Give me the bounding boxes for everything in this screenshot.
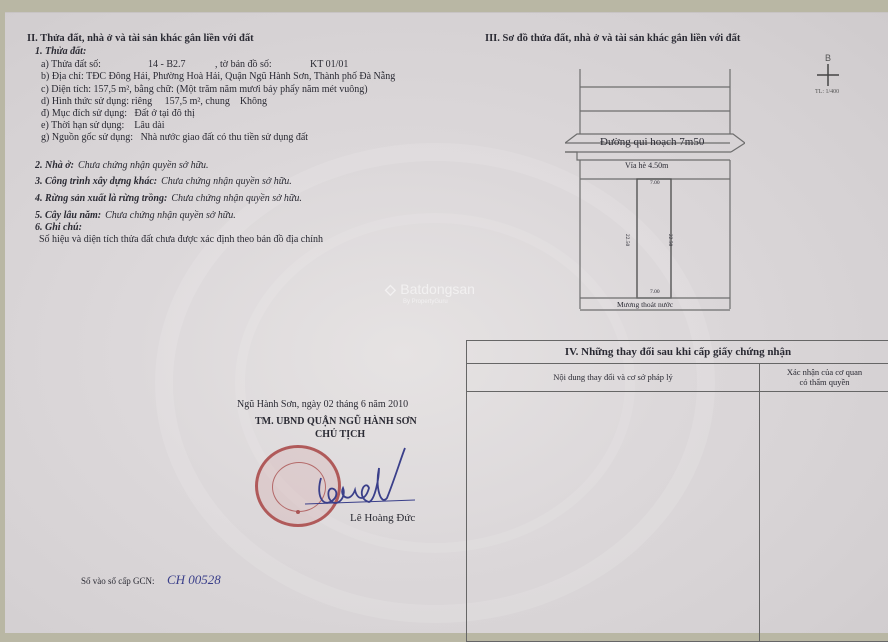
place-date: Ngũ Hành Sơn, ngày 02 tháng 6 năm 2010 (237, 399, 408, 410)
registry-number: CH 00528 (167, 572, 221, 588)
item4-label: 4. Rừng sản xuất là rừng trồng: (35, 193, 167, 204)
item5: 5. Cây lâu năm: Chưa chứng nhận quyền sở… (35, 205, 236, 223)
usage-form: d) Hình thức sử dụng: riêng 157,5 m², ch… (41, 96, 267, 107)
lot-value: 14 - B2.7 (148, 59, 186, 70)
authority: TM. UBND QUẬN NGŨ HÀNH SƠN (255, 416, 417, 427)
item3-value: Chưa chứng nhận quyền sở hữu. (161, 176, 292, 187)
item5-label: 5. Cây lâu năm: (35, 210, 101, 221)
watermark-brand: Batdongsan (400, 281, 475, 297)
sidewalk-label: Vỉa hè 4.50m (625, 161, 668, 170)
north-arrow-icon (815, 63, 841, 87)
registry-label: Số vào sổ cấp GCN: (81, 576, 155, 586)
item6-value: Số hiệu và diện tích thửa đất chưa được … (39, 234, 323, 245)
col-change-content: Nội dung thay đổi và cơ sở pháp lý (467, 363, 759, 391)
column-divider (759, 363, 760, 629)
watermark-sub: By PropertyGuru (403, 299, 475, 305)
north-label: B (813, 53, 843, 63)
scale-label: TL: 1/400 (815, 89, 839, 95)
section4-title: IV. Những thay đổi sau khi cấp giấy chứn… (467, 341, 888, 364)
item2-label: 2. Nhà ở: (35, 160, 74, 171)
changes-table-header: Nội dung thay đổi và cơ sở pháp lý Xác n… (467, 363, 888, 392)
watermark-logo-icon: ◇ (385, 281, 396, 297)
item5-value: Chưa chứng nhận quyền sở hữu. (105, 210, 236, 221)
section3-title: III. Sơ đồ thửa đất, nhà ở và tài sản kh… (485, 33, 740, 44)
map-value: KT 01/01 (310, 59, 348, 70)
term: e) Thời hạn sử dụng: Lâu dài (41, 120, 165, 131)
item2-value: Chưa chứng nhận quyền sở hữu. (78, 160, 209, 171)
item3: 3. Công trình xây dựng khác: Chưa chứng … (35, 171, 292, 189)
signature-scribble (295, 438, 425, 518)
changes-table: IV. Những thay đổi sau khi cấp giấy chứn… (466, 340, 888, 629)
certificate-page: II. Thửa đất, nhà ở và tài sản khác gắn … (5, 12, 888, 629)
purpose: đ) Mục đích sử dụng: Đất ở tại đô thị (41, 108, 195, 119)
col2-line1: Xác nhận của cơ quan (760, 367, 888, 377)
top-dimension: 7.00 (650, 180, 660, 186)
section2-title: II. Thửa đất, nhà ở và tài sản khác gắn … (27, 33, 254, 44)
lot-label: a) Thửa đất số: (41, 59, 101, 70)
col-authority-confirmation: Xác nhận của cơ quan có thẩm quyền (760, 367, 888, 387)
area: c) Diện tích: 157,5 m², bằng chữ: (Một t… (41, 84, 368, 95)
land-plot-diagram (565, 69, 745, 319)
right-dimension: 22.50 (667, 234, 673, 246)
road-label: Đường qui hoạch 7m50 (600, 136, 704, 148)
watermark: ◇ Batdongsan By PropertyGuru (385, 281, 475, 305)
address: b) Địa chỉ: TĐC Đông Hải, Phường Hoà Hải… (41, 71, 395, 82)
item3-label: 3. Công trình xây dựng khác: (35, 176, 157, 187)
item4-value: Chưa chứng nhận quyền sở hữu. (171, 193, 302, 204)
item6-label: 6. Ghi chú: (35, 222, 82, 233)
map-label: , tờ bản đồ số: (215, 59, 272, 70)
left-dimension: 22.50 (624, 234, 630, 246)
item4: 4. Rừng sản xuất là rừng trồng: Chưa chứ… (35, 188, 302, 206)
signer-name: Lê Hoàng Đức (350, 512, 415, 524)
origin: g) Nguồn gốc sử dụng: Nhà nước giao đất … (41, 132, 308, 143)
col2-line2: có thẩm quyền (760, 377, 888, 387)
item1-title: 1. Thửa đất: (35, 46, 86, 57)
drain-label: Mương thoát nước (617, 300, 673, 309)
bottom-dimension: 7.00 (650, 289, 660, 295)
